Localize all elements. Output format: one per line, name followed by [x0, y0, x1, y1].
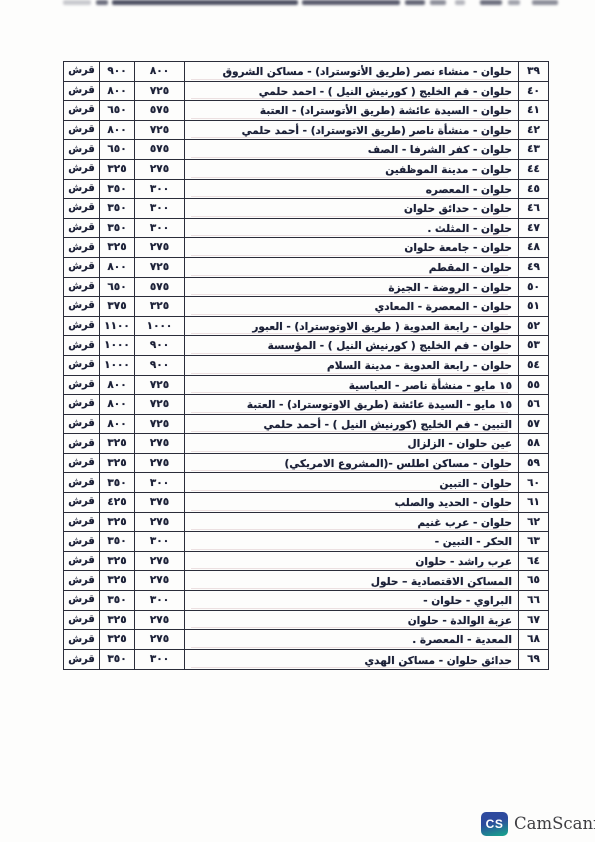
fare-high-cell: ٣٥٠	[100, 219, 135, 239]
scan-artifact-segment	[508, 0, 520, 5]
fare-unit-cell: قرش	[64, 376, 100, 396]
fare-high-cell: ٨٠٠	[100, 121, 135, 141]
table-row: قرش ٣٢٥ ٢٧٥ حلوان - عرب غنيم ٦٢	[64, 513, 548, 533]
table-row: قرش ٣٥٠ ٣٠٠ حلوان - التبين ٦٠	[64, 473, 548, 493]
row-number-cell: ٤٢	[519, 121, 548, 141]
route-cell: ١٥ مايو - السيدة عائشة (طريق الاوتوستراد…	[185, 395, 519, 415]
table-row: قرش ٣٢٥ ٢٧٥ حلوان - جامعة حلوان ٤٨	[64, 238, 548, 258]
route-cell: حلوان - منشاء نصر (طريق الأتوستراد) - مس…	[185, 62, 519, 82]
route-cell: حلوان - التبين	[185, 473, 519, 493]
fare-high-cell: ٣٢٥	[100, 454, 135, 474]
fare-high-cell: ٨٠٠	[100, 82, 135, 102]
fare-high-cell: ٣٥٠	[100, 180, 135, 200]
table-row: قرش ٣٥٠ ٣٠٠ البراوي - حلوان - ٦٦	[64, 591, 548, 611]
fare-low-cell: ٣٧٥	[135, 493, 185, 513]
route-cell: حلوان - المثلث .	[185, 219, 519, 239]
fare-low-cell: ٧٢٥	[135, 121, 185, 141]
table-row: قرش ٣٥٠ ٣٠٠ حلوان - المثلث . ٤٧	[64, 219, 548, 239]
fare-low-cell: ٢٧٥	[135, 630, 185, 650]
row-number-cell: ٤٨	[519, 238, 548, 258]
fare-low-cell: ٢٧٥	[135, 434, 185, 454]
row-number-cell: ٥٥	[519, 376, 548, 396]
row-number-cell: ٤٣	[519, 140, 548, 160]
row-number-cell: ٤٥	[519, 180, 548, 200]
fare-high-cell: ١١٠٠	[100, 317, 135, 337]
fare-high-cell: ٣٢٥	[100, 552, 135, 572]
fare-low-cell: ٣٢٥	[135, 297, 185, 317]
row-number-cell: ٦٢	[519, 513, 548, 533]
fare-low-cell: ٢٧٥	[135, 513, 185, 533]
table-row: قرش ٣٢٥ ٢٧٥ حلوان - مساكن اطلس -(المشروع…	[64, 454, 548, 474]
fare-high-cell: ٦٥٠	[100, 140, 135, 160]
scan-artifact-segment	[405, 0, 425, 5]
route-cell: حلوان - السيدة عائشة (طريق الأتوستراد) -…	[185, 101, 519, 121]
fare-unit-cell: قرش	[64, 513, 100, 533]
route-cell: حلوان - مساكن اطلس -(المشروع الامريكي)	[185, 454, 519, 474]
fare-high-cell: ٦٥٠	[100, 278, 135, 298]
fare-high-cell: ٤٢٥	[100, 493, 135, 513]
row-number-cell: ٥٠	[519, 278, 548, 298]
table-row: قرش ٤٢٥ ٣٧٥ حلوان - الحديد والصلب ٦١	[64, 493, 548, 513]
fare-low-cell: ٥٧٥	[135, 278, 185, 298]
table-row: قرش ٨٠٠ ٧٢٥ حلوان - فم الخليج ( كورنيش ا…	[64, 82, 548, 102]
row-number-cell: ٦٩	[519, 650, 548, 670]
table-row: قرش ٨٠٠ ٧٢٥ ١٥ مايو - منشأة ناصر - العبا…	[64, 376, 548, 396]
table-row: قرش ٣٢٥ ٢٧٥ المساكن الاقتصادية – حلول ٦٥	[64, 571, 548, 591]
route-cell: حلوان - المقطم	[185, 258, 519, 278]
fare-unit-cell: قرش	[64, 317, 100, 337]
fare-low-cell: ٨٠٠	[135, 62, 185, 82]
fare-low-cell: ٣٠٠	[135, 591, 185, 611]
table-row: قرش ١٠٠٠ ٩٠٠ حلوان - فم الخليج ( كورنيش …	[64, 336, 548, 356]
route-cell: حلوان - رابعة العدوية ( طريق الاوتوستراد…	[185, 317, 519, 337]
table-row: قرش ٣٢٥ ٢٧٥ عرب راشد - حلوان ٦٤	[64, 552, 548, 572]
fare-high-cell: ٣٢٥	[100, 611, 135, 631]
row-number-cell: ٥٧	[519, 415, 548, 435]
route-cell: المعدية - المعصرة .	[185, 630, 519, 650]
fare-unit-cell: قرش	[64, 473, 100, 493]
fare-high-cell: ٣٥٠	[100, 591, 135, 611]
fare-high-cell: ١٠٠٠	[100, 336, 135, 356]
fare-unit-cell: قرش	[64, 415, 100, 435]
fare-low-cell: ٧٢٥	[135, 395, 185, 415]
row-number-cell: ٥٣	[519, 336, 548, 356]
route-cell: حلوان - المعصره	[185, 180, 519, 200]
fare-unit-cell: قرش	[64, 356, 100, 376]
fare-unit-cell: قرش	[64, 630, 100, 650]
fare-high-cell: ٣٢٥	[100, 434, 135, 454]
fare-low-cell: ٣٠٠	[135, 180, 185, 200]
row-number-cell: ٤١	[519, 101, 548, 121]
row-number-cell: ٥١	[519, 297, 548, 317]
fare-unit-cell: قرش	[64, 238, 100, 258]
table-row: قرش ١٠٠٠ ٩٠٠ حلوان - رابعة العدوية - مدي…	[64, 356, 548, 376]
fare-low-cell: ٩٠٠	[135, 356, 185, 376]
fare-unit-cell: قرش	[64, 62, 100, 82]
fare-unit-cell: قرش	[64, 454, 100, 474]
fare-low-cell: ٧٢٥	[135, 82, 185, 102]
route-cell: حلوان – مدينة الموظفين	[185, 160, 519, 180]
table-row: قرش ٨٠٠ ٧٢٥ ١٥ مايو - السيدة عائشة (طريق…	[64, 395, 548, 415]
route-cell: حلوان - فم الخليج ( كورنيش النيل ) - احم…	[185, 82, 519, 102]
fare-unit-cell: قرش	[64, 336, 100, 356]
fare-low-cell: ٢٧٥	[135, 454, 185, 474]
fare-unit-cell: قرش	[64, 101, 100, 121]
route-cell: الحكر - التبين -	[185, 532, 519, 552]
fare-unit-cell: قرش	[64, 199, 100, 219]
route-cell: المساكن الاقتصادية – حلول	[185, 571, 519, 591]
fare-low-cell: ٧٢٥	[135, 258, 185, 278]
fare-low-cell: ٣٠٠	[135, 650, 185, 670]
row-number-cell: ٦١	[519, 493, 548, 513]
fare-unit-cell: قرش	[64, 140, 100, 160]
route-cell: عزبة الوالدة - حلوان	[185, 611, 519, 631]
fare-low-cell: ٧٢٥	[135, 376, 185, 396]
fare-high-cell: ٣٢٥	[100, 571, 135, 591]
row-number-cell: ٦٣	[519, 532, 548, 552]
row-number-cell: ٦٥	[519, 571, 548, 591]
fare-low-cell: ٥٧٥	[135, 101, 185, 121]
route-cell: حلوان - عرب غنيم	[185, 513, 519, 533]
table-row: قرش ٨٠٠ ٧٢٥ حلوان - المقطم ٤٩	[64, 258, 548, 278]
route-cell: البراوي - حلوان -	[185, 591, 519, 611]
fare-low-cell: ٣٠٠	[135, 199, 185, 219]
row-number-cell: ٤٦	[519, 199, 548, 219]
fare-unit-cell: قرش	[64, 219, 100, 239]
fare-unit-cell: قرش	[64, 434, 100, 454]
row-number-cell: ٥٩	[519, 454, 548, 474]
row-number-cell: ٥٨	[519, 434, 548, 454]
scan-artifact-top	[0, 0, 595, 8]
fare-unit-cell: قرش	[64, 532, 100, 552]
fare-high-cell: ٣٢٥	[100, 513, 135, 533]
fare-low-cell: ٢٧٥	[135, 611, 185, 631]
fare-high-cell: ٨٠٠	[100, 376, 135, 396]
table-row: قرش ٦٥٠ ٥٧٥ حلوان - كفر الشرفا - الصف ٤٣	[64, 140, 548, 160]
table-row: قرش ٨٠٠ ٧٢٥ حلوان - منشأة ناصر (طريق الا…	[64, 121, 548, 141]
scan-artifact-segment	[430, 0, 446, 5]
fare-unit-cell: قرش	[64, 395, 100, 415]
fare-high-cell: ٨٠٠	[100, 395, 135, 415]
fare-unit-cell: قرش	[64, 552, 100, 572]
fare-unit-cell: قرش	[64, 82, 100, 102]
row-number-cell: ٤٠	[519, 82, 548, 102]
row-number-cell: ٥٤	[519, 356, 548, 376]
table-row: قرش ٨٠٠ ٧٢٥ التبين - فم الخليج (كورنيش ا…	[64, 415, 548, 435]
route-cell: حلوان - المعصرة - المعادي	[185, 297, 519, 317]
route-cell: حلوان - الروضة - الجيزة	[185, 278, 519, 298]
route-cell: حلوان - حدائق حلوان	[185, 199, 519, 219]
row-number-cell: ٤٤	[519, 160, 548, 180]
fare-unit-cell: قرش	[64, 611, 100, 631]
route-cell: حلوان - جامعة حلوان	[185, 238, 519, 258]
fare-low-cell: ٢٧٥	[135, 571, 185, 591]
fare-high-cell: ٩٠٠	[100, 62, 135, 82]
table-row: قرش ٣٢٥ ٢٧٥ عين حلوان - الزلزال ٥٨	[64, 434, 548, 454]
row-number-cell: ٦٠	[519, 473, 548, 493]
row-number-cell: ٥٦	[519, 395, 548, 415]
fare-unit-cell: قرش	[64, 571, 100, 591]
table-row: قرش ٣٧٥ ٣٢٥ حلوان - المعصرة - المعادي ٥١	[64, 297, 548, 317]
route-cell: حلوان - الحديد والصلب	[185, 493, 519, 513]
table-row: قرش ٣٢٥ ٢٧٥ المعدية - المعصرة . ٦٨	[64, 630, 548, 650]
route-cell: حلوان - فم الخليج ( كورنيش النيل ) - الم…	[185, 336, 519, 356]
fare-low-cell: ٩٠٠	[135, 336, 185, 356]
fare-low-cell: ٥٧٥	[135, 140, 185, 160]
scan-artifact-segment	[63, 0, 91, 5]
route-cell: عرب راشد - حلوان	[185, 552, 519, 572]
fare-low-cell: ٢٧٥	[135, 238, 185, 258]
route-cell: حدائق حلوان - مساكن الهدي	[185, 650, 519, 670]
fare-unit-cell: قرش	[64, 591, 100, 611]
camscanner-icon: CS	[481, 812, 508, 836]
row-number-cell: ٤٩	[519, 258, 548, 278]
table-row: قرش ٩٠٠ ٨٠٠ حلوان - منشاء نصر (طريق الأت…	[64, 62, 548, 82]
fare-high-cell: ٣٢٥	[100, 238, 135, 258]
row-number-cell: ٦٧	[519, 611, 548, 631]
scan-artifact-segment	[96, 0, 108, 5]
row-number-cell: ٦٤	[519, 552, 548, 572]
row-number-cell: ٦٦	[519, 591, 548, 611]
fare-unit-cell: قرش	[64, 278, 100, 298]
table-row: قرش ١١٠٠ ١٠٠٠ حلوان - رابعة العدوية ( طر…	[64, 317, 548, 337]
fare-high-cell: ١٠٠٠	[100, 356, 135, 376]
fare-low-cell: ٣٠٠	[135, 219, 185, 239]
table-row: قرش ٣٥٠ ٣٠٠ حلوان - المعصره ٤٥	[64, 180, 548, 200]
route-cell: حلوان - رابعة العدوية - مدينة السلام	[185, 356, 519, 376]
row-number-cell: ٣٩	[519, 62, 548, 82]
fare-high-cell: ٣٧٥	[100, 297, 135, 317]
fare-unit-cell: قرش	[64, 650, 100, 670]
table-row: قرش ٦٥٠ ٥٧٥ حلوان - السيدة عائشة (طريق ا…	[64, 101, 548, 121]
fare-high-cell: ٣٥٠	[100, 199, 135, 219]
route-cell: ١٥ مايو - منشأة ناصر - العباسية	[185, 376, 519, 396]
fare-unit-cell: قرش	[64, 297, 100, 317]
fare-low-cell: ٣٠٠	[135, 532, 185, 552]
scan-artifact-segment	[302, 0, 400, 5]
fare-high-cell: ٣٥٠	[100, 532, 135, 552]
scan-artifact-segment	[455, 0, 465, 5]
row-number-cell: ٥٢	[519, 317, 548, 337]
fare-high-cell: ٦٥٠	[100, 101, 135, 121]
fare-high-cell: ٣٥٠	[100, 650, 135, 670]
table-row: قرش ٣٥٠ ٣٠٠ حدائق حلوان - مساكن الهدي ٦٩	[64, 650, 548, 670]
table-row: قرش ٣٥٠ ٣٠٠ حلوان - حدائق حلوان ٤٦	[64, 199, 548, 219]
fare-unit-cell: قرش	[64, 160, 100, 180]
fare-unit-cell: قرش	[64, 180, 100, 200]
table-row: قرش ٣٥٠ ٣٠٠ الحكر - التبين - ٦٣	[64, 532, 548, 552]
scan-artifact-segment	[532, 0, 558, 5]
fare-high-cell: ٣٢٥	[100, 630, 135, 650]
table-row: قرش ٣٢٥ ٢٧٥ عزبة الوالدة - حلوان ٦٧	[64, 611, 548, 631]
route-cell: حلوان - كفر الشرفا - الصف	[185, 140, 519, 160]
camscanner-label: CamScanner	[514, 814, 595, 833]
row-number-cell: ٦٨	[519, 630, 548, 650]
fare-high-cell: ٣٥٠	[100, 473, 135, 493]
camscanner-watermark: CS CamScanner	[481, 810, 595, 837]
fare-low-cell: ٢٧٥	[135, 552, 185, 572]
fare-unit-cell: قرش	[64, 258, 100, 278]
fares-table: قرش ٩٠٠ ٨٠٠ حلوان - منشاء نصر (طريق الأت…	[63, 61, 549, 670]
fare-low-cell: ٣٠٠	[135, 473, 185, 493]
scan-artifact-segment	[112, 0, 298, 5]
row-number-cell: ٤٧	[519, 219, 548, 239]
fare-low-cell: ١٠٠٠	[135, 317, 185, 337]
scan-artifact-segment	[480, 0, 502, 5]
fare-low-cell: ٢٧٥	[135, 160, 185, 180]
table-row: قرش ٣٢٥ ٢٧٥ حلوان – مدينة الموظفين ٤٤	[64, 160, 548, 180]
table-row: قرش ٦٥٠ ٥٧٥ حلوان - الروضة - الجيزة ٥٠	[64, 278, 548, 298]
fare-unit-cell: قرش	[64, 493, 100, 513]
fare-high-cell: ٨٠٠	[100, 258, 135, 278]
fare-low-cell: ٧٢٥	[135, 415, 185, 435]
route-cell: التبين - فم الخليج (كورنيش النيل ) - أحم…	[185, 415, 519, 435]
fare-unit-cell: قرش	[64, 121, 100, 141]
fare-high-cell: ٨٠٠	[100, 415, 135, 435]
route-cell: حلوان - منشأة ناصر (طريق الاتوستراد) - أ…	[185, 121, 519, 141]
fare-high-cell: ٣٢٥	[100, 160, 135, 180]
route-cell: عين حلوان - الزلزال	[185, 434, 519, 454]
